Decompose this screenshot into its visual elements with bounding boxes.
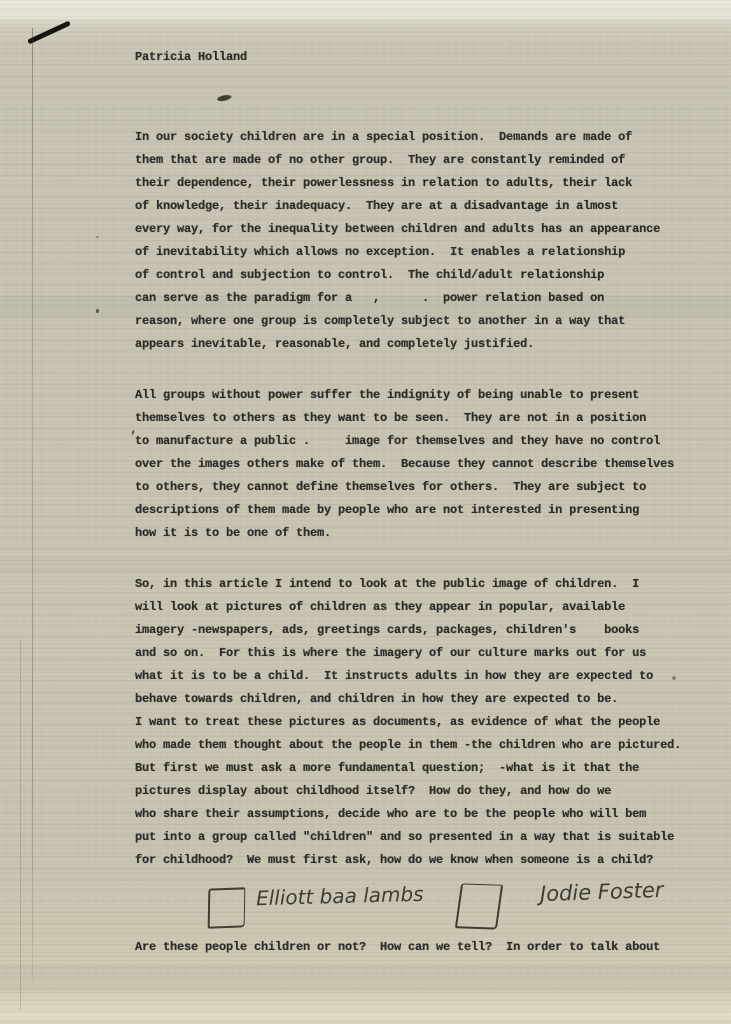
typed-line: to others, they cannot define themselves… [135,476,674,499]
typed-line: But first we must ask a more fundamental… [135,757,681,780]
fold-line [20,640,21,1010]
typed-line: how it is to be one of them. [135,522,674,545]
typed-line: of control and subjection to control. Th… [135,264,660,287]
sketch-box-right [455,883,503,929]
typed-line: reason, where one group is completely su… [135,310,660,333]
typed-line: behave towards children, and children in… [135,688,681,711]
typed-line: and so on. For this is where the imagery… [135,642,681,665]
typed-line: who share their assumptions, decide who … [135,803,681,826]
typed-line: every way, for the inequality between ch… [135,218,660,241]
typed-line: of inevitability which allows no excepti… [135,241,660,264]
scan-band [0,964,731,994]
typed-line: pictures display about childhood itself?… [135,780,681,803]
typed-line: I want to treat these pictures as docume… [135,711,681,734]
ink-speck [96,236,99,238]
handwriting-right-label: Jodie Foster [540,878,664,906]
author-line: Patricia Holland [135,46,247,69]
typed-line: what it is to be a child. It instructs a… [135,665,681,688]
typed-line: themselves to others as they want to be … [135,407,674,430]
typed-line: All groups without power suffer the indi… [135,384,674,407]
typed-line: who made them thought about the people i… [135,734,681,757]
typed-line: imagery -newspapers, ads, greetings card… [135,619,681,642]
typed-line: their dependence, their powerlessness in… [135,172,660,195]
sketch-box-left [208,887,246,928]
ink-smudge [217,94,233,103]
pen-mark [27,21,71,45]
typed-line: to manufacture a public . image for them… [135,430,674,453]
closing-line: Are these people children or not? How ca… [135,936,660,959]
ink-speck [96,309,99,313]
typed-line: put into a group called "children" and s… [135,826,681,849]
paragraph-2: All groups without power suffer the indi… [135,384,674,545]
typed-line: them that are made of no other group. Th… [135,149,660,172]
typed-line: of knowledge, their inadequacy. They are… [135,195,660,218]
paragraph-3: So, in this article I intend to look at … [135,573,681,872]
typed-line: for childhood? We must first ask, how do… [135,849,681,872]
typed-line: So, in this article I intend to look at … [135,573,681,596]
scan-band [0,556,731,574]
typed-line: descriptions of them made by people who … [135,499,674,522]
typed-line: can serve as the paradigm for a , . powe… [135,287,660,310]
handwriting-left-label: Elliott baa lambs [256,882,424,910]
typed-line: will look at pictures of children as the… [135,596,681,619]
handwritten-annotations: Elliott baa lambs Jodie Foster [0,882,731,938]
typed-line: appears inevitable, reasonable, and comp… [135,333,660,356]
paragraph-1: In our society children are in a special… [135,126,660,356]
fold-line [32,28,33,978]
typed-line: In our society children are in a special… [135,126,660,149]
typed-line: over the images others make of them. Bec… [135,453,674,476]
scanned-page: Patricia Holland In our society children… [0,0,731,1024]
